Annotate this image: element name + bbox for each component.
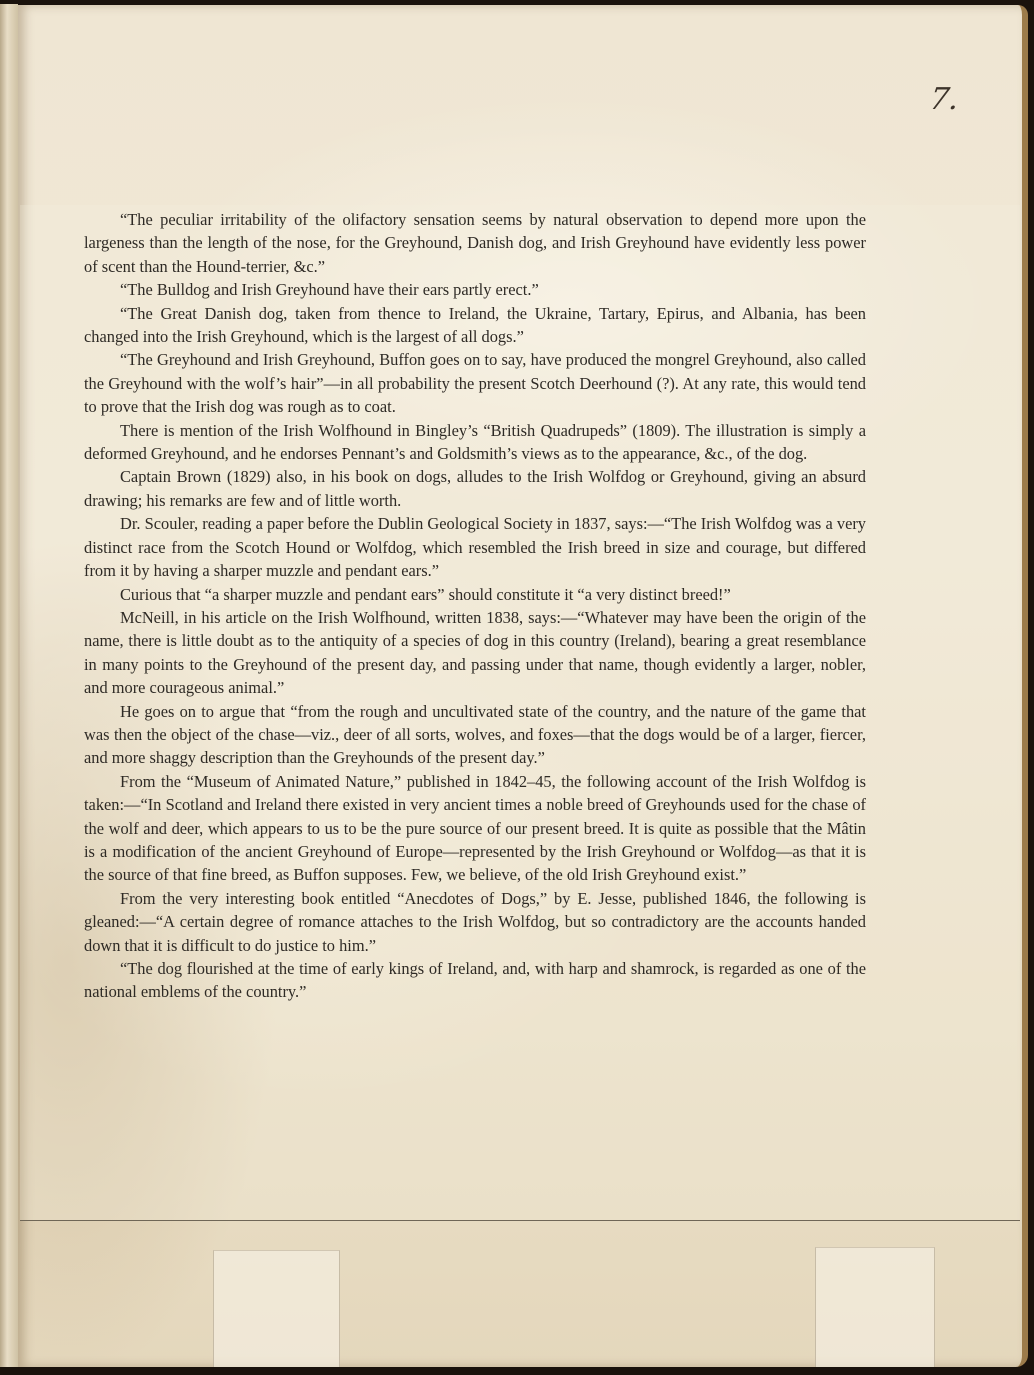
- handwritten-page-number: 7.: [928, 82, 962, 117]
- paragraph: He goes on to argue that “from the rough…: [84, 700, 866, 770]
- paragraph: “The dog flourished at the time of early…: [84, 957, 866, 1004]
- paragraph: Dr. Scouler, reading a paper before the …: [84, 512, 866, 582]
- scan-border: [0, 1367, 1034, 1375]
- removed-clipping-stub: [213, 1250, 340, 1371]
- paragraph: “The Greyhound and Irish Greyhound, Buff…: [84, 348, 866, 418]
- paragraph: From the “Museum of Animated Nature,” pu…: [84, 770, 866, 887]
- paragraph: Curious that “a sharper muzzle and penda…: [84, 583, 866, 606]
- paragraph: “The peculiar irritability of the olifac…: [84, 208, 866, 278]
- paragraph: McNeill, in his article on the Irish Wol…: [84, 606, 866, 700]
- removed-clipping-stub: [815, 1247, 935, 1371]
- adjacent-page-edge: [0, 4, 18, 1375]
- paragraph: “The Bulldog and Irish Greyhound have th…: [84, 278, 866, 301]
- paragraph: Captain Brown (1829) also, in his book o…: [84, 465, 866, 512]
- scanned-page: 7. “The peculiar irritability of the oli…: [0, 0, 1034, 1375]
- body-text: “The peculiar irritability of the olifac…: [84, 208, 866, 1004]
- paragraph: There is mention of the Irish Wolfhound …: [84, 419, 866, 466]
- paragraph: “The Great Danish dog, taken from thence…: [84, 302, 866, 349]
- paragraph: From the very interesting book entitled …: [84, 887, 866, 957]
